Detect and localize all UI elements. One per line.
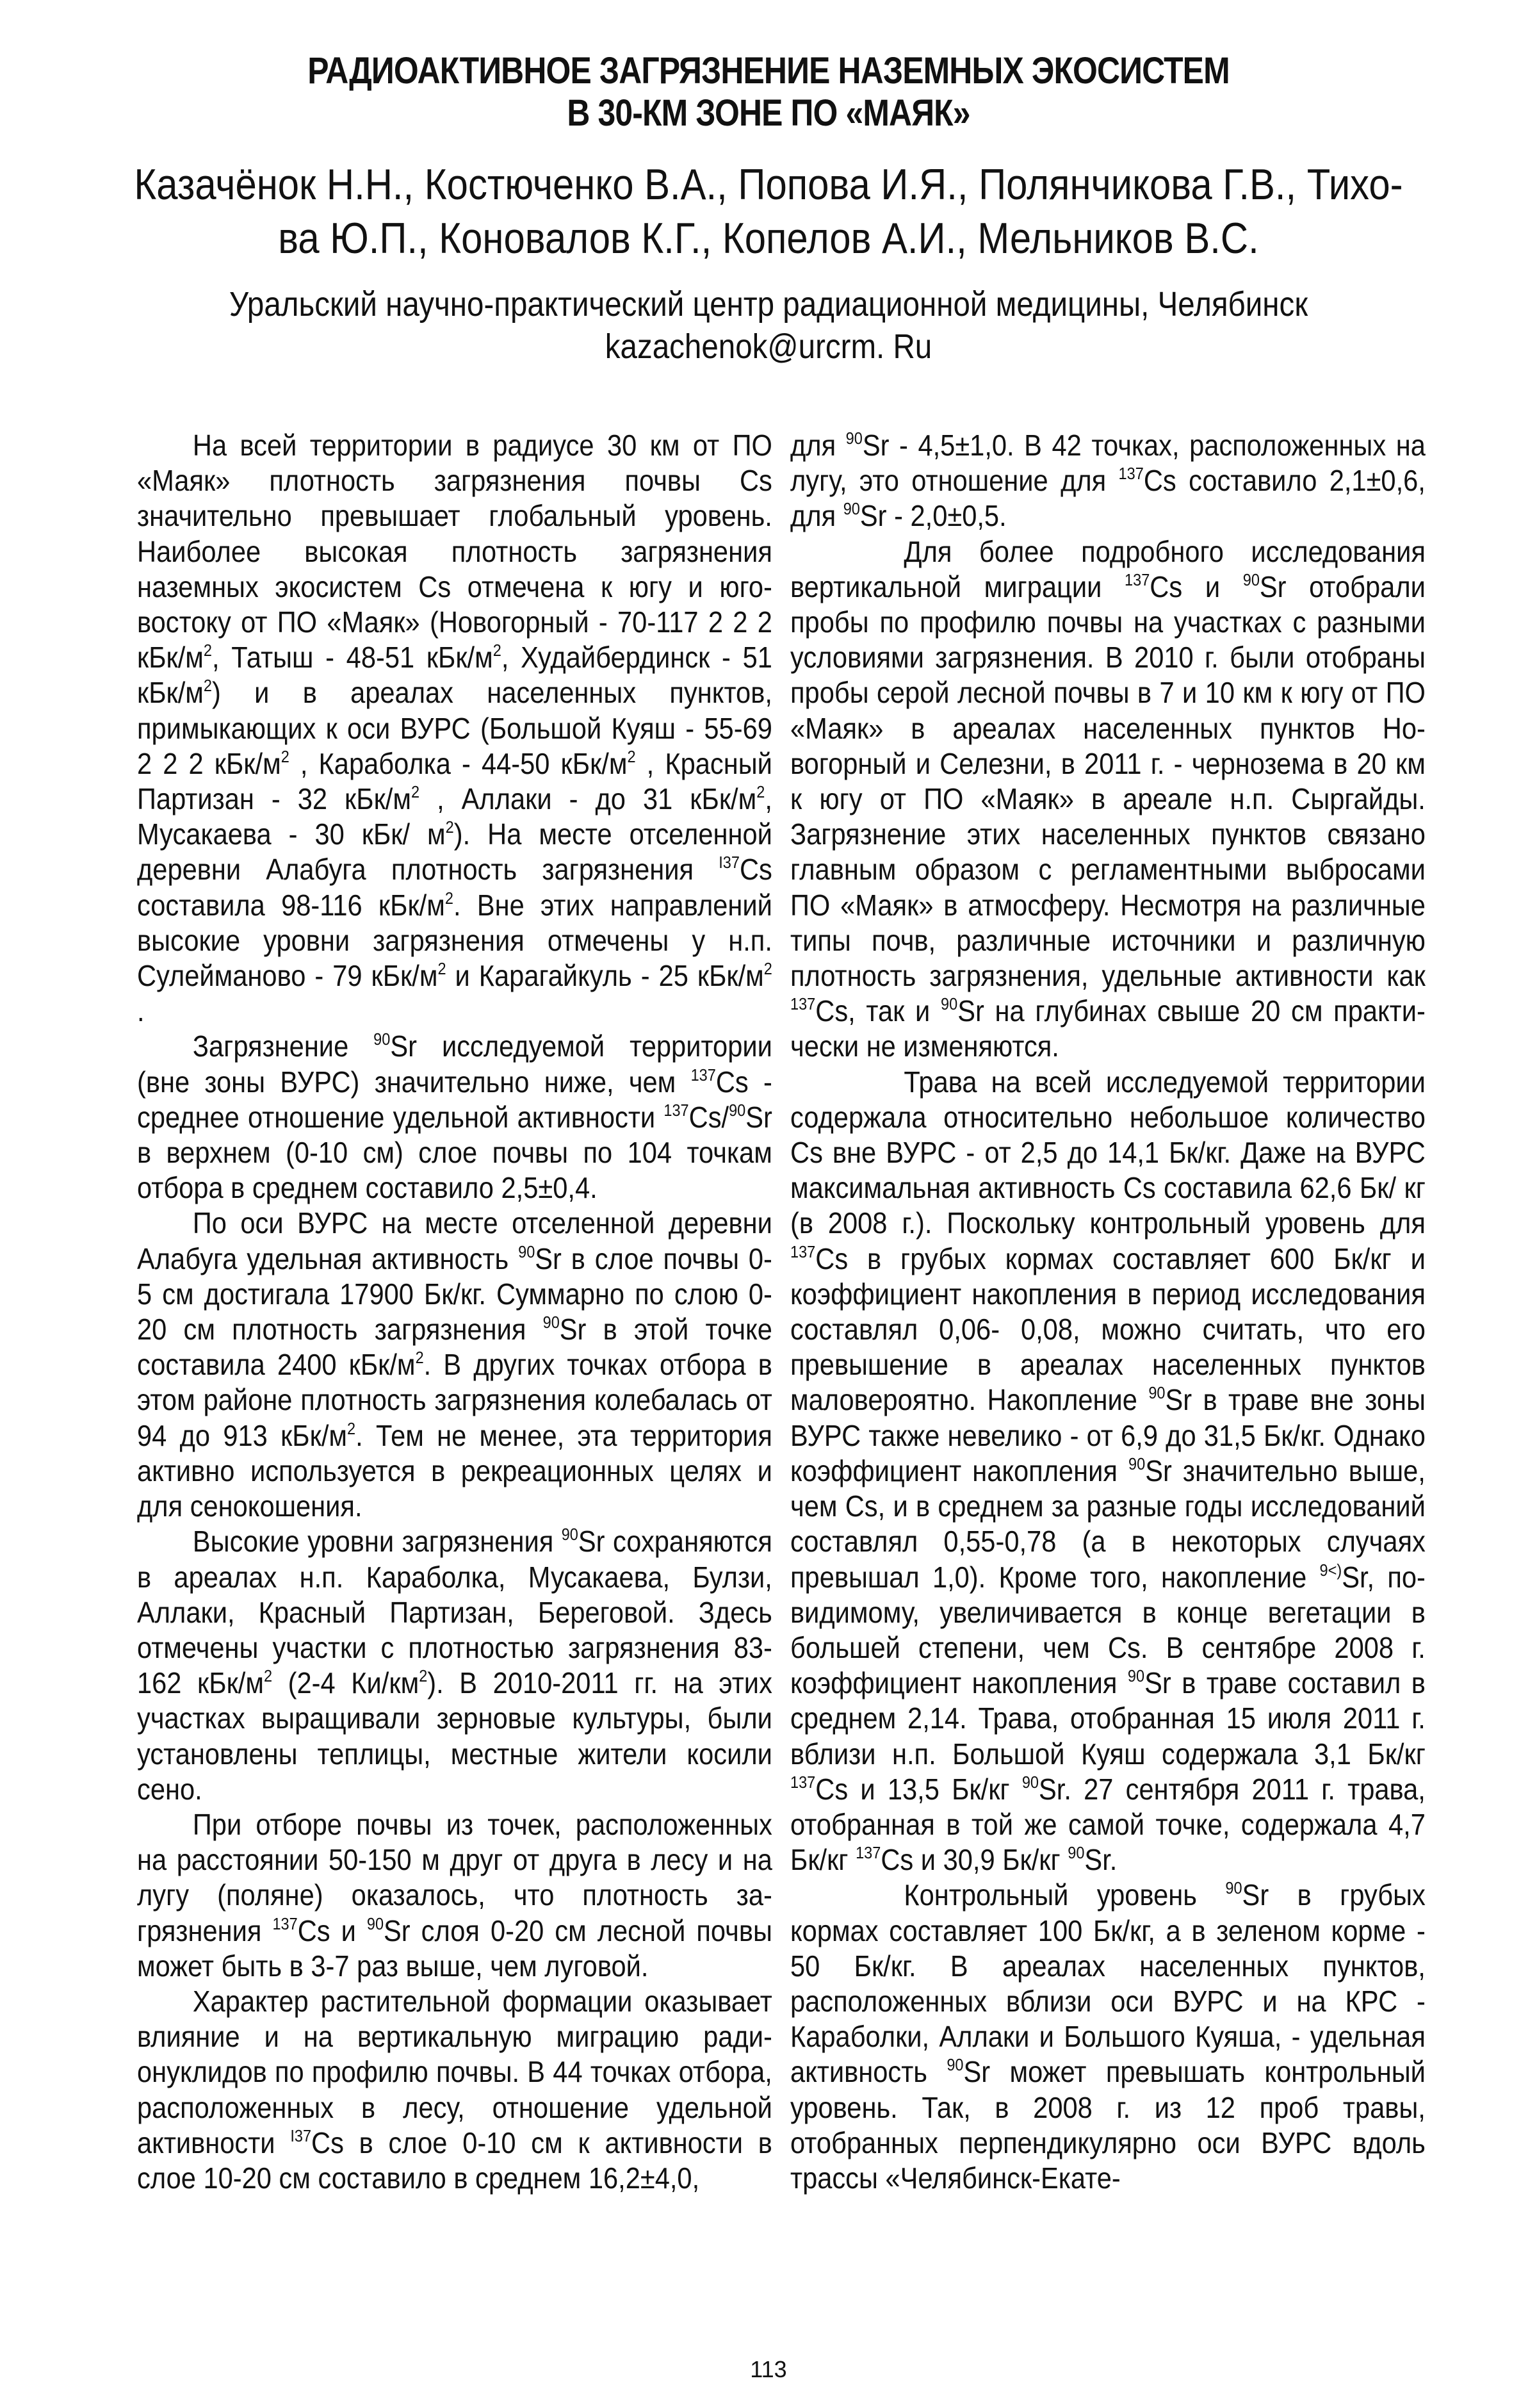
superscript: 2 (204, 641, 212, 660)
authors-line-2: ва Ю.П., Коновалов К.Г., Копелов А.И., М… (92, 211, 1445, 265)
superscript: 90 (947, 2055, 963, 2074)
superscript: 137 (272, 1914, 297, 1933)
superscript: 90 (367, 1914, 384, 1933)
authors-line-1: Казачёнок Н.Н., Костюченко В.А., Попова … (92, 158, 1445, 211)
superscript: 90 (543, 1313, 560, 1332)
superscript: 2 (445, 889, 453, 908)
left-column: На всей территории в радиусе 30 км от ПО… (137, 428, 772, 2196)
superscript: 137 (1125, 570, 1150, 589)
left-column-body: На всей территории в радиусе 30 км от ПО… (137, 428, 772, 2196)
superscript: 90 (1148, 1383, 1165, 1402)
right-column-body: для 90Sr - 4,5±1,0. В 42 точках, располо… (790, 428, 1426, 2196)
superscript: 90 (562, 1525, 578, 1544)
paragraph: Загрязнение 90Sr исследуемой террито­рии… (137, 1029, 772, 1206)
superscript: 2 (419, 1666, 427, 1685)
paragraph: Для более подробного исследования вер­ти… (790, 534, 1426, 1065)
superscript: 90 (518, 1242, 535, 1261)
superscript: 90 (1068, 1843, 1084, 1862)
superscript: 2 (204, 676, 212, 695)
article-header: РАДИОАКТИВНОЕ ЗАГРЯЗНЕНИЕ НАЗЕМНЫХ ЭКОСИ… (0, 50, 1537, 368)
page-number: 113 (0, 2356, 1537, 2383)
author-list: Казачёнок Н.Н., Костюченко В.А., Попова … (92, 158, 1445, 265)
superscript: 90 (1243, 570, 1260, 589)
superscript: 137 (856, 1843, 881, 1862)
superscript: 2 (627, 747, 635, 766)
superscript: 137 (1119, 464, 1144, 483)
superscript: 90 (1128, 1666, 1144, 1685)
paragraph: Высокие уровни загрязнения 90Sr сохраня­… (137, 1524, 772, 1807)
superscript: 137 (663, 1101, 688, 1120)
affiliation: Уральский научно-практический центр ради… (92, 283, 1445, 325)
superscript: I37 (719, 853, 740, 872)
superscript: 90 (373, 1029, 390, 1049)
paragraph: По оси ВУРС на месте отселенной деревни … (137, 1206, 772, 1524)
superscript: 2 (411, 782, 419, 801)
superscript: 2 (347, 1419, 355, 1438)
superscript: 90 (1225, 1878, 1242, 1897)
superscript: 90 (1022, 1773, 1039, 1792)
affiliation-block: Уральский научно-практический центр ради… (92, 283, 1445, 368)
paragraph: Контрольный уровень 90Sr в грубых кормах… (790, 1878, 1426, 2196)
right-column: для 90Sr - 4,5±1,0. В 42 точках, располо… (790, 428, 1426, 2196)
superscript: 137 (790, 1773, 815, 1792)
superscript: 2 (416, 1348, 424, 1367)
paragraph: Характер растительной формации оказы­вае… (137, 1984, 772, 2196)
author-email: kazachenok@urcrm. Ru (92, 325, 1445, 368)
superscript: 90 (1128, 1454, 1145, 1473)
superscript: 90 (846, 429, 863, 448)
superscript: 2 (437, 959, 446, 978)
superscript: I37 (290, 2126, 311, 2145)
superscript: 2 (446, 817, 454, 837)
superscript: 9<) (1320, 1560, 1342, 1580)
superscript: 2 (264, 1666, 272, 1685)
superscript: 137 (790, 994, 815, 1013)
superscript: 90 (843, 499, 860, 518)
paragraph: для 90Sr - 4,5±1,0. В 42 точках, располо… (790, 428, 1426, 534)
paragraph: При отборе почвы из точек, расположен­ны… (137, 1807, 772, 1984)
superscript: 2 (493, 641, 501, 660)
superscript: 137 (691, 1065, 716, 1085)
superscript: 137 (790, 1242, 815, 1261)
paragraph: Трава на всей исследуемой территории со­… (790, 1065, 1426, 1878)
title-line-1: РАДИОАКТИВНОЕ ЗАГРЯЗНЕНИЕ НАЗЕМНЫХ ЭКОСИ… (108, 50, 1429, 92)
superscript: 90 (729, 1101, 745, 1120)
superscript: 2 (281, 747, 289, 766)
article-title: РАДИОАКТИВНОЕ ЗАГРЯЗНЕНИЕ НАЗЕМНЫХ ЭКОСИ… (108, 50, 1429, 135)
superscript: 2 (764, 959, 772, 978)
title-line-2: В 30-КМ ЗОНЕ ПО «МАЯК» (108, 92, 1429, 135)
superscript: 90 (941, 994, 957, 1013)
superscript: 2 (756, 782, 765, 801)
paragraph: На всей территории в радиусе 30 км от ПО… (137, 428, 772, 1029)
